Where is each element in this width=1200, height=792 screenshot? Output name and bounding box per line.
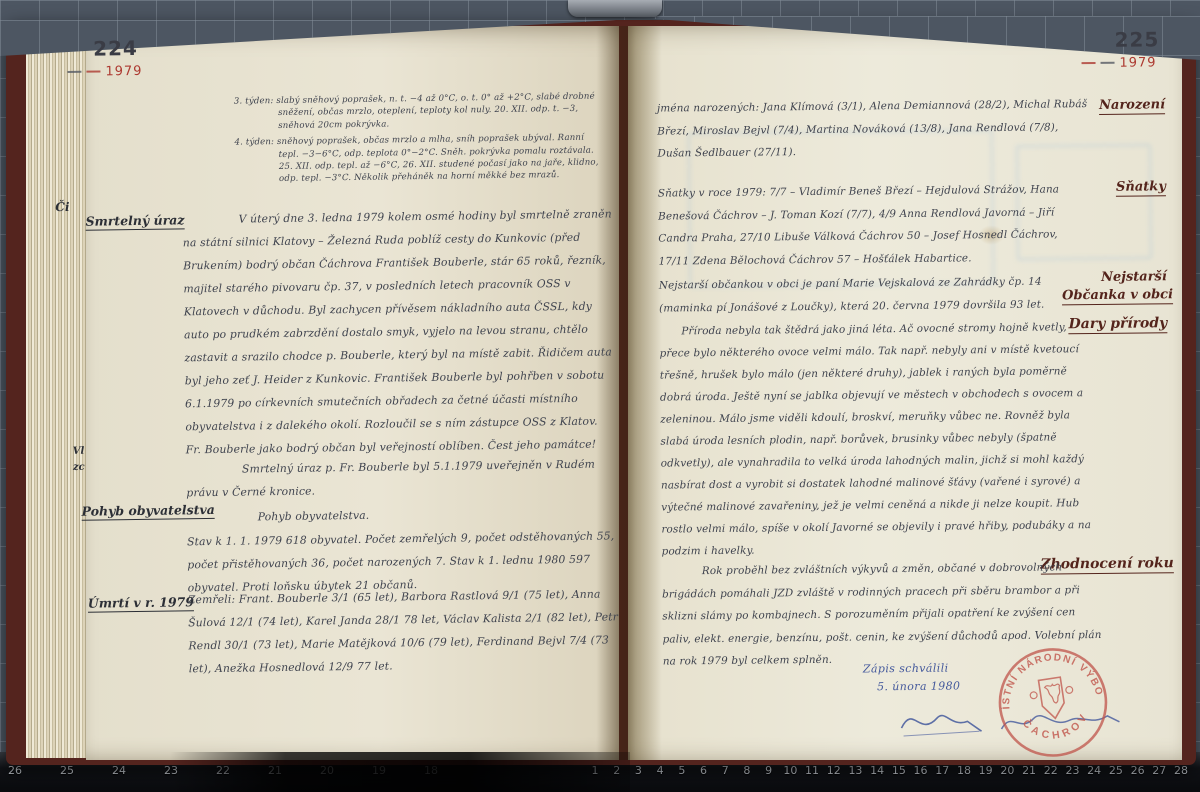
weather-notes: 3. týden: slabý sněhový poprašek, n. t. …: [234, 91, 601, 191]
ruler-number: 5: [675, 764, 689, 777]
margin-heading-narozeni: Narození: [1099, 97, 1165, 115]
binder-clip: [568, 0, 662, 17]
red-dash-mark: [1081, 61, 1095, 63]
margin-heading-pohyb-obyvatelstva: Pohyb obyvatelstva: [81, 502, 214, 521]
ruler-number: 23: [1065, 764, 1079, 777]
edge-fragment: zc: [73, 462, 85, 473]
snatky-text: Sňatky v roce 1979: 7/7 – Vladimír Beneš…: [658, 178, 1091, 273]
stamp-arc-bottom-text: ČACHROV: [1019, 707, 1095, 746]
margin-heading-smrtelny-uraz: Smrtelný úraz: [85, 212, 184, 230]
year-1979-red: 1979: [1119, 55, 1156, 70]
ruler-number: 17: [935, 764, 949, 777]
ruler-number: 19: [979, 764, 993, 777]
margin-heading-snatky: Sňatky: [1116, 179, 1166, 197]
ruler-number: 25: [60, 764, 74, 777]
ruler-number: 24: [1087, 764, 1101, 777]
pohyb-subtitle: Pohyb obyvatelstva.: [258, 504, 370, 529]
chronicle-photo-scene: 262524232221201918 123456789101112131415…: [0, 0, 1200, 792]
ruler-number: 16: [914, 764, 928, 777]
right-page-content: 225 1979 Narození jména narozených: Jana…: [624, 23, 1186, 765]
ruler-number: 13: [848, 764, 862, 777]
official-stamp: MÍSTNÍ NÁRODNÍ VÝBOR ČACHROV: [987, 636, 1120, 772]
ruler-number: 4: [653, 764, 667, 777]
umrti-text: Zemřeli: Frant. Bouberle 3/1 (65 let), B…: [188, 582, 621, 680]
approval-note-line2: 5. února 1980: [877, 679, 960, 693]
ruler-number: 3: [631, 764, 645, 777]
ruler-number: 7: [718, 764, 732, 777]
ruler-number: 27: [1152, 764, 1166, 777]
narozeni-text: jména narozených: Jana Klímová (3/1), Al…: [657, 93, 1090, 165]
ruler-number: 12: [827, 764, 841, 777]
ruler-right-scale: 1234567891011121314151617181920212223242…: [588, 764, 1188, 777]
ruler-number: 28: [1174, 764, 1188, 777]
weather-week3: 3. týden: slabý sněhový poprašek, n. t. …: [234, 91, 600, 133]
pencil-dash-mark: [67, 70, 81, 72]
svg-text:ČACHROV: ČACHROV: [1019, 707, 1095, 746]
pencil-dash-mark: [1100, 61, 1114, 63]
page-number-224: 224: [93, 36, 138, 61]
edge-fragment: Vl: [73, 446, 85, 457]
nejstarsi-text: Nejstarší občankou v obci je paní Marie …: [659, 270, 1091, 320]
ruler-number: 9: [762, 764, 776, 777]
year-mark-left: 1979: [67, 60, 142, 80]
weather-week4: 4. týden: sněhový poprašek, občas mrzlo …: [234, 132, 601, 187]
edge-fragment: Či: [55, 200, 69, 214]
dary-prirody-text: Příroda nebyla tak štědrá jako jiná léta…: [659, 316, 1098, 563]
ruler-number: 18: [957, 764, 971, 777]
margin-heading-umrti: Úmrtí v r. 1979: [88, 594, 194, 612]
ruler-number: 26: [1131, 764, 1145, 777]
ruler-number: 25: [1109, 764, 1123, 777]
smrtelny-uraz-note: Smrtelný úraz p. Fr. Bouberle byl 5.1.19…: [186, 452, 617, 504]
ruler-number: 8: [740, 764, 754, 777]
approval-note-line1: Zápis schválili: [863, 662, 949, 676]
year-1979-red: 1979: [105, 64, 142, 80]
ruler-number: 26: [8, 764, 22, 777]
ruler-number: 24: [112, 764, 126, 777]
ruler-number: 14: [870, 764, 884, 777]
page-number-225: 225: [1114, 27, 1159, 51]
smrtelny-uraz-text: V úterý dne 3. ledna 1979 kolem osmé hod…: [182, 202, 615, 461]
ruler-number: 15: [892, 764, 906, 777]
ruler-number: 10: [783, 764, 797, 777]
czech-lion-shield-emblem: [1028, 676, 1076, 722]
ruler-number: 11: [805, 764, 819, 777]
ruler-number: 6: [697, 764, 711, 777]
year-mark-right: 1979: [1081, 51, 1156, 71]
stacked-page-edges: [26, 28, 88, 758]
margin-heading-nejstarsi-line1: Nejstarší: [1101, 269, 1167, 286]
red-dash-mark: [86, 70, 100, 72]
left-page-content: 224 1979 Či Vl zc 3. týden: slabý sněhov…: [81, 26, 624, 765]
